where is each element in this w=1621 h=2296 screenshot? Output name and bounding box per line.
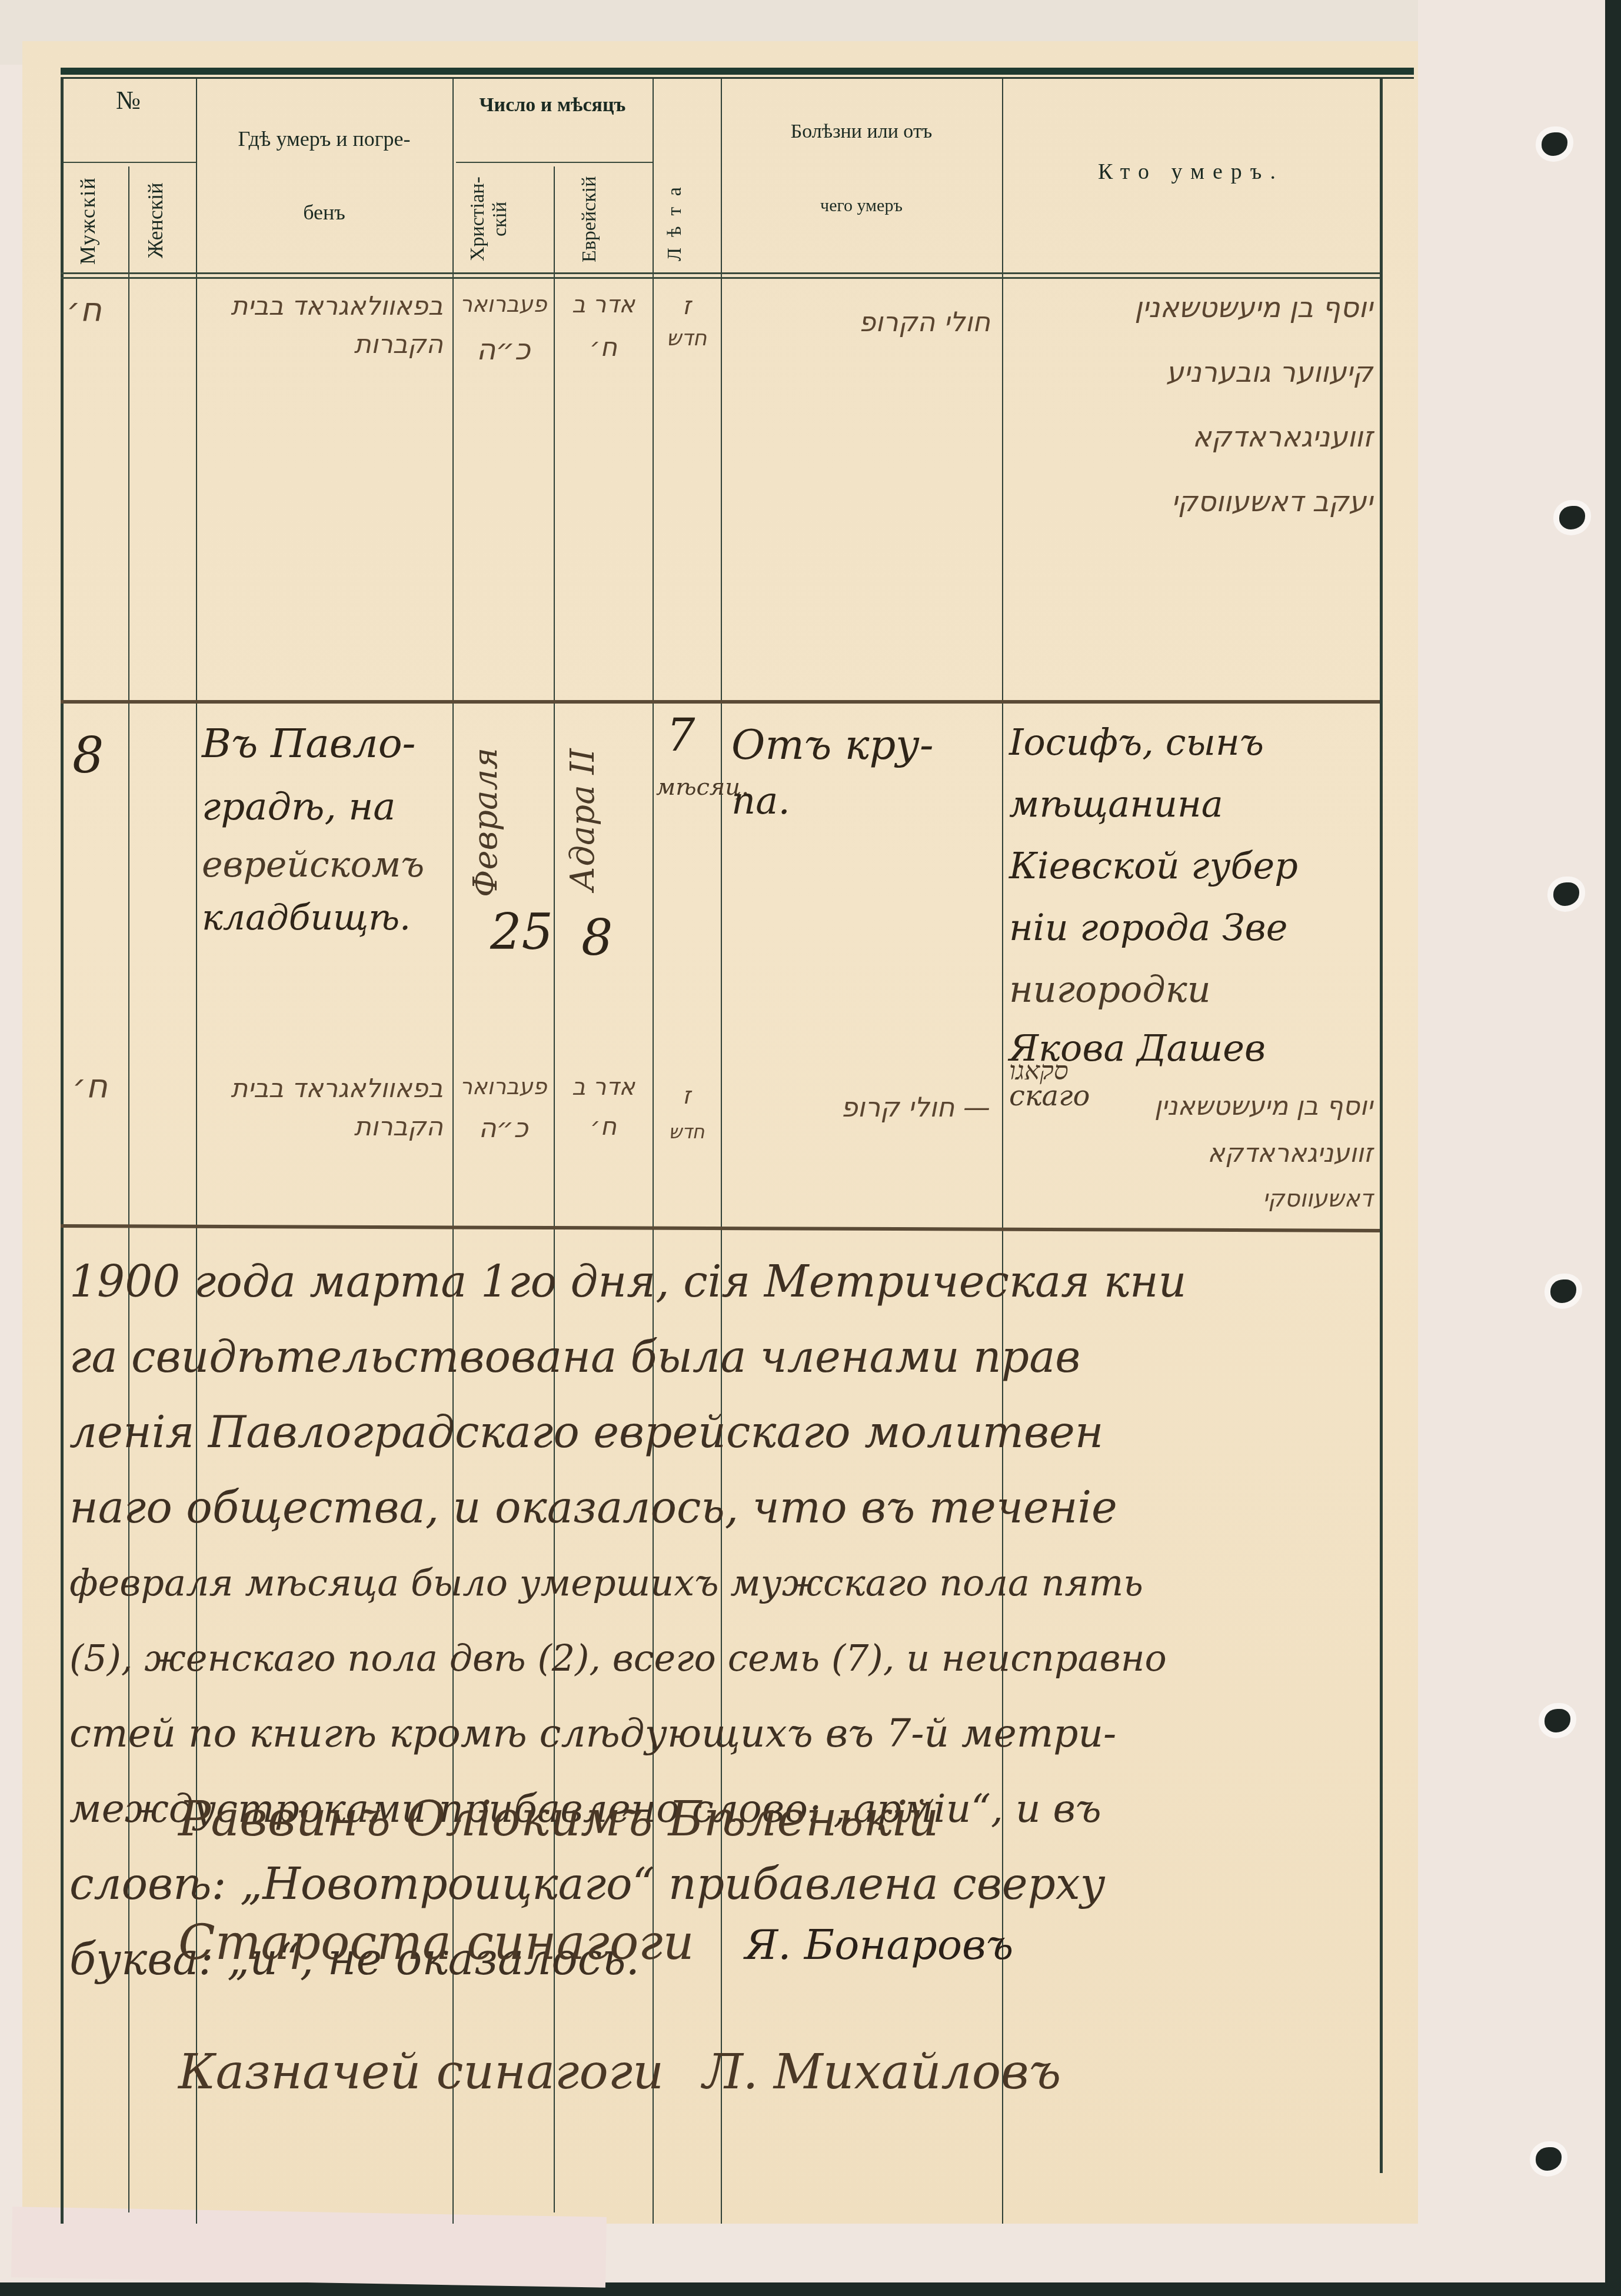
certification-line: наго общества, и оказалось, что въ течен… bbox=[69, 1470, 1382, 1545]
header-date: Число и мѣсяцъ bbox=[452, 94, 653, 116]
entry3-age-1: ז bbox=[655, 1082, 718, 1109]
entry2-who-2: мѣщанина bbox=[1009, 782, 1223, 825]
register-table: № Мужскій Женскій Гдѣ умеръ и погре- бен… bbox=[61, 68, 1380, 2224]
top-rule-thin bbox=[61, 77, 1414, 79]
header-subrule bbox=[456, 162, 653, 163]
header-cause-line1: Болѣзни или отъ bbox=[721, 121, 1002, 143]
entry2-cause-1: Отъ кру- bbox=[731, 721, 934, 769]
certification-line: ленія Павлоградскаго еврейскаго молитвен bbox=[69, 1395, 1382, 1470]
entry1-who-2: קיעווער גובערניע bbox=[1008, 356, 1373, 389]
certification-line: февраля мѣсяца было умершихъ мужскаго по… bbox=[69, 1545, 1382, 1621]
header-place-line2: бенъ bbox=[196, 200, 452, 225]
entry3-place-2: הקברות bbox=[202, 1112, 443, 1142]
signature-name: Л. Михайловъ bbox=[703, 2044, 1061, 2100]
entry1-who-3: זוועניגאראדקא bbox=[1008, 421, 1373, 454]
entry1-place-2: הקברות bbox=[202, 329, 443, 359]
entry3-age-2: חדש bbox=[655, 1121, 718, 1143]
entry3-date-christian-1: פעברואר bbox=[458, 1074, 549, 1099]
entry1-cause: חולי הקרופ bbox=[767, 306, 990, 338]
entry2-place-4: кладбищѣ. bbox=[202, 897, 411, 938]
certification-line: 1900 года марта 1го дня, сія Метрическая… bbox=[69, 1244, 1382, 1319]
header-age: Лѣта bbox=[664, 171, 711, 268]
entry2-place-1: Въ Павло- bbox=[202, 721, 416, 767]
row-separator bbox=[61, 1224, 1380, 1232]
entry2-date-jewish-month: Адара II bbox=[564, 691, 602, 891]
entry1-date-christian-2: כ״ה bbox=[458, 332, 549, 366]
header-cause-line2: чего умеръ bbox=[721, 196, 1002, 216]
entry3-date-christian-2: כ״ה bbox=[458, 1112, 549, 1144]
signature-role: Раввинъ bbox=[178, 1791, 391, 1847]
entry3-place-1: בפאוולאגראד בבית bbox=[202, 1074, 443, 1104]
entry3-who-3: זוועניגאראדקא bbox=[1008, 1138, 1373, 1168]
entry2-place-3: еврейскомъ bbox=[202, 844, 424, 885]
entry1-date-christian-1: פעברואר bbox=[458, 291, 549, 317]
entry2-who-5: нигородки bbox=[1009, 968, 1211, 1011]
entry2-date-christian-day: 25 bbox=[490, 903, 553, 961]
certification-line: словѣ: „Новотроицкаго“ прибавлена сверху bbox=[69, 1847, 1382, 1922]
entry1-place-1: בפאוולאגראד בבית bbox=[202, 291, 443, 321]
certification-line: га свидѣтельствована была членами прав bbox=[69, 1319, 1382, 1395]
header-bottom-rule bbox=[61, 272, 1380, 274]
entry1-who-4: יעקב דאשעווסקי bbox=[1008, 485, 1373, 518]
entry3-date-jewish-2: ח׳ bbox=[558, 1112, 649, 1141]
certification-line: стей по книгѣ кромѣ слѣдующихъ въ 7-й ме… bbox=[69, 1696, 1382, 1771]
entry3-who-4: דאשעווסקי bbox=[1008, 1185, 1373, 1212]
signature-treasurer: Казначей синагоги Л. Михайловъ bbox=[178, 2044, 1061, 2100]
entry2-number: 8 bbox=[72, 727, 104, 784]
entry3-number: ח׳ bbox=[72, 1068, 108, 1106]
entry1-date-jewish-1: אדר ב bbox=[558, 291, 649, 318]
entry3-cause: — חולי קרופ bbox=[755, 1091, 990, 1123]
header-place-line1: Гдѣ умеръ и погре- bbox=[196, 126, 452, 151]
entry2-place-2: градѣ, на bbox=[202, 785, 396, 829]
certification-paragraph: 1900 года марта 1го дня, сія Метрическая… bbox=[69, 1244, 1382, 1997]
signature-name: Я. Бонаровъ bbox=[745, 1921, 1014, 1969]
entry2-who-1: Іосифъ, сынъ bbox=[1009, 721, 1264, 764]
entry1-number: ח׳ bbox=[66, 291, 102, 329]
top-rule bbox=[61, 68, 1414, 75]
entry3-who-2: יוסף בן מיעשטשאנין bbox=[1008, 1091, 1373, 1121]
entry1-age-2: חדש bbox=[655, 326, 718, 351]
signature-rabbi: Раввинъ Оліокимъ Бѣленькій bbox=[178, 1791, 939, 1847]
signature-elder: Староста синагоги Я. Бонаровъ bbox=[178, 1915, 1013, 1971]
header-bottom-rule bbox=[61, 277, 1380, 279]
entry2-date-jewish-day: 8 bbox=[581, 909, 613, 967]
signature-name: Оліокимъ Бѣленькій bbox=[406, 1791, 939, 1847]
entry3-date-jewish-1: אדר ב bbox=[558, 1074, 649, 1101]
header-female: Женскій bbox=[143, 174, 184, 268]
entry2-cause-2: па. bbox=[731, 779, 790, 823]
entry1-age-1: ז bbox=[655, 291, 718, 320]
entry1-date-jewish-2: ח׳ bbox=[558, 332, 649, 362]
row-separator bbox=[61, 700, 1380, 704]
entry1-who-1: יוסף בן מיעשטשאנין bbox=[1008, 291, 1373, 324]
signature-role: Казначей синагоги bbox=[178, 2044, 664, 2100]
header-subrule bbox=[64, 162, 196, 163]
entry2-age-value: 7 bbox=[667, 709, 695, 761]
signature-role: Староста синагоги bbox=[178, 1915, 694, 1971]
header-date-jewish: Еврейскій bbox=[578, 171, 631, 268]
header-who: Кто умеръ. bbox=[1002, 159, 1380, 185]
entry2-who-3: Кіевской губер bbox=[1009, 844, 1298, 887]
entry2-date-christian-month: Февраля bbox=[467, 715, 505, 897]
entry2-who-4: ніи города Зве bbox=[1009, 906, 1287, 949]
header-male: Мужскій bbox=[75, 174, 117, 268]
header-number: № bbox=[61, 85, 196, 115]
certification-line: (5), женскаго пола двѣ (2), всего семь (… bbox=[69, 1621, 1382, 1696]
header-date-christian: Христіан-скій bbox=[467, 171, 537, 268]
border-left bbox=[61, 79, 64, 2224]
entry3-who-1: סקאגו bbox=[1009, 1056, 1069, 1086]
